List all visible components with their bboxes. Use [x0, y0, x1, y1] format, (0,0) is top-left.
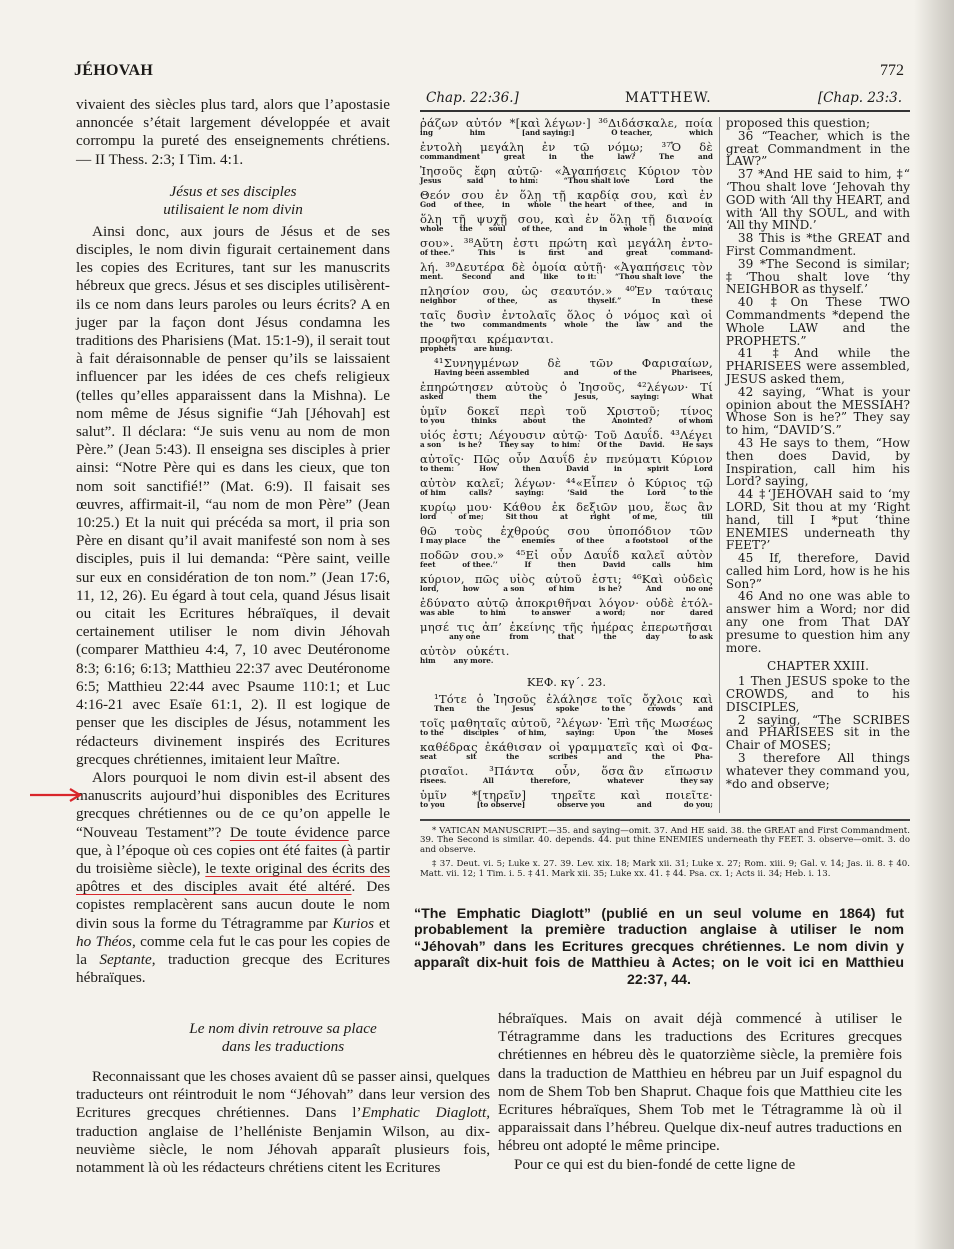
english-gloss: neighborof thee,asthyself.”Inthese	[420, 297, 713, 305]
subheading-line: Le nom divin retrouve sa place	[76, 1020, 490, 1038]
interlinear-line: ρισαῖοι.³Πάνταοὖν,ὅσα ἂνεἴπωσινrisees.Al…	[420, 765, 713, 785]
subheading-name-restored: Le nom divin retrouve sa place dans les …	[76, 1020, 490, 1056]
subheading-line: utilisaient le nom divin	[76, 201, 390, 219]
interlinear-line: πλησίονσου,ὡςσεαυτόν.»⁴⁰Ἐνταύταιςneighbo…	[420, 285, 713, 305]
paragraph-1: Ainsi donc, aux jours de Jésus et de ses…	[76, 223, 390, 769]
english-translation-column: proposed this question; 36 “Teacher, whi…	[720, 117, 910, 813]
greek-text: σου».³⁸Αὕτηἐστιπρώτηκαὶμεγάληἐντο-	[420, 237, 713, 249]
chapter-heading: CHAPTER XXIII.	[726, 660, 910, 673]
english-gloss: lord,howa sonof himis he?Andno one	[420, 585, 713, 593]
english-gloss: was ableto himto answera word;nordared	[420, 609, 713, 617]
english-gloss: Godof thee,inwholethe heartof thee,andin	[420, 201, 713, 209]
facsimile-head-center: MATTHEW.	[625, 90, 712, 106]
paragraph-5: Pour ce qui est du bien-fondé de cette l…	[498, 1156, 902, 1174]
italic-term: Kurios	[333, 915, 374, 932]
verse-36: 36 “Teacher, which is the great Commandm…	[726, 130, 910, 168]
footnote-vatican: * VATICAN MANUSCRIPT.—35. and saying—omi…	[420, 827, 910, 855]
left-column: vivaient des siècles plus tard, alors qu…	[76, 96, 390, 987]
verse-23-1: 1 Then JESUS spoke to the CROWDS, and to…	[726, 675, 910, 713]
figure-caption: “The Emphatic Diaglott” (publié en un se…	[414, 906, 904, 988]
interlinear-line: ὅλῃτῇψυχῇσου,καὶἐνὅλῃτῇδιανοίᾳwholetheso…	[420, 213, 713, 233]
english-gloss: of thee.”Thisisfirstandgreatcommand-	[420, 249, 713, 257]
english-gloss: ThentheJesusspoketo thecrowdsand	[420, 705, 713, 713]
english-gloss: thetwocommandmentswholethelawandthe	[420, 321, 713, 329]
english-gloss: of himcalls?saying:‘SaidtheLordto the	[420, 489, 713, 497]
english-gloss: risees.Alltherefore,whateverthey say	[420, 777, 713, 785]
verse-42: 42 saying, “What is your opinion about t…	[726, 386, 910, 437]
paragraph-intro: vivaient des siècles plus tard, alors qu…	[76, 96, 390, 169]
verse-text: proposed this question;	[726, 117, 910, 130]
verse-40: 40 ‡On These TWO Commandments *depend th…	[726, 296, 910, 347]
red-arrow-annotation-icon	[30, 788, 84, 802]
english-gloss: I may placetheenemiesof theea footstoolo…	[420, 537, 713, 545]
interlinear-line: θῶτοὺςἐχθρούςσουὑποπόδιοντῶνI may placet…	[420, 525, 713, 545]
facsimile-header: Chap. 22:36.] MATTHEW. [Chap. 23:3.	[420, 90, 910, 112]
facsimile-head-left: Chap. 22:36.]	[426, 90, 519, 106]
english-gloss: prophetsare hung.	[420, 345, 713, 353]
verse-39: 39 *The Second is similar; ‡‘Thou shalt …	[726, 258, 910, 296]
greek-lines-ch23: ¹ΤότεὁἸησοῦςἐλάλησετοῖςὄχλοιςκαὶThentheJ…	[420, 693, 713, 809]
english-gloss: commandmentgreatinthelaw?Theand	[420, 153, 713, 161]
interlinear-line: κυρίῳμου·Κάθουἐκδεξιῶνμου,ἕωςἂνlordof me…	[420, 501, 713, 521]
subheading-jesus-disciples: Jésus et ses disciples utilisaient le no…	[76, 183, 390, 219]
english-gloss: to youthinksabouttheAnointed?of whom	[420, 417, 713, 425]
verse-43: 43 He says to them, “How then does David…	[726, 437, 910, 488]
verse-44: 44 ‡‘JEHOVAH said to ‘my LORD, Sit thou …	[726, 488, 910, 552]
underlined-phrase: De toute évidence	[230, 824, 349, 841]
interlinear-line: τοῖςμαθηταῖςαὐτοῦ,²λέγων·ἘπὶτῆςΜωσέωςto …	[420, 717, 713, 737]
english-gloss: to you[to observe]observe youanddo you;	[420, 801, 713, 809]
interlinear-line: ἐντολὴμεγάληἐντῷνόμῳ;³⁷Ὁδὲcommandmentgre…	[420, 141, 713, 161]
interlinear-line: αὐτὸνοὐκέτι.himany more.	[420, 645, 713, 665]
english-gloss: Having been assembledandof thePharisees,	[420, 369, 713, 377]
interlinear-line: ὑμῖνδοκεῖπερὶτοῦΧριστοῦ;τίνοςto youthink…	[420, 405, 713, 425]
interlinear-line: αὐτὸνκαλεῖ;λέγων·⁴⁴«ΕἶπενὁΚύριοςτῷof him…	[420, 477, 713, 497]
footnote-references: ‡ 37. Deut. vi. 5; Luke x. 27. 39. Lev. …	[420, 860, 910, 879]
english-gloss: feetof thee.’’IfthenDavidcallshim	[420, 561, 713, 569]
interlinear-line: ταῖςδυσὶνἐντολαῖςὅλοςὁνόμοςκαὶοἱthetwoco…	[420, 309, 713, 329]
subheading-line: Jésus et ses disciples	[76, 183, 390, 201]
bottom-right-column: hébraïques. Mais on avait déjà commencé …	[498, 1010, 902, 1174]
verse-37: 37 *And HE said to him, ‡“ ‘Thou shalt l…	[726, 168, 910, 232]
page-edge-shadow	[914, 0, 954, 1249]
interlinear-line: ὑμῖν*[τηρεῖν]τηρεῖτεκαὶποιεῖτε·to you[to…	[420, 789, 713, 809]
interlinear-line: αὐτοῖς·ΠῶςοὖνΔαυΐδἐνπνεύματιΚύριονto the…	[420, 453, 713, 473]
interlinear-line: ἐδύνατοαὐτῷἀποκριθῆναιλόγον·οὐδὲἐτόλ-was…	[420, 597, 713, 617]
paragraph-2: Alors pourquoi le nom divin est-il absen…	[76, 769, 390, 987]
greek-text: πλησίονσου,ὡςσεαυτόν.»⁴⁰Ἐνταύταις	[420, 285, 713, 297]
italic-term: Septante	[99, 951, 151, 968]
english-gloss: seatsitthescribesandthePha-	[420, 753, 713, 761]
interlinear-line: ⁴¹ΣυνηγμένωνδὲτῶνΦαρισαίων,Having been a…	[420, 357, 713, 377]
interlinear-line: ¹ΤότεὁἸησοῦςἐλάλησετοῖςὄχλοιςκαὶThentheJ…	[420, 693, 713, 713]
interlinear-line: ποδῶνσου.»⁴⁵ΕἰοὖνΔαυΐδκαλεῖαὐτὸνfeetof t…	[420, 549, 713, 569]
english-gloss: himany more.	[420, 657, 713, 665]
verse-41: 41 ‡And while the PHARISEES were assembl…	[726, 347, 910, 385]
interlinear-line: ῥάζωναὐτόν*[καὶ λέγων·]³⁶Διδάσκαλε,ποίαi…	[420, 117, 713, 137]
paragraph-3: Reconnaissant que les choses avaient dû …	[76, 1068, 490, 1177]
bottom-left-column: Le nom divin retrouve sa place dans les …	[76, 1020, 490, 1177]
english-gloss: askedthemtheJesus,saying:What	[420, 393, 713, 401]
interlinear-line: λή.³⁹Δευτέραδὲὁμοίααὐτῇ·«Ἀγαπήσειςτὸνmen…	[420, 261, 713, 281]
greek-text: προφῆταικρέμανται.	[420, 333, 713, 345]
interlinear-line: υἱόςἐστι;Λέγουσιναὐτῷ·ΤοῦΔαυΐδ.⁴³Λέγειa …	[420, 429, 713, 449]
diaglott-facsimile: Chap. 22:36.] MATTHEW. [Chap. 23:3. ῥάζω…	[420, 90, 910, 895]
greek-lines-ch22: ῥάζωναὐτόν*[καὶ λέγων·]³⁶Διδάσκαλε,ποίαi…	[420, 117, 713, 665]
english-gloss: any onefromthatthedayto ask	[420, 633, 713, 641]
interlinear-line: σου».³⁸Αὕτηἐστιπρώτηκαὶμεγάληἐντο-of the…	[420, 237, 713, 257]
subheading-line: dans les traductions	[76, 1038, 490, 1056]
verse-45: 45 If, therefore, David called him Lord,…	[726, 552, 910, 590]
greek-text: ὑμῖνδοκεῖπερὶτοῦΧριστοῦ;τίνος	[420, 405, 713, 417]
english-gloss: to them:HowthenDavidinspiritLord	[420, 465, 713, 473]
italic-term: ho Théos	[76, 933, 132, 950]
verse-38: 38 This is *the GREAT and First Commandm…	[726, 232, 910, 258]
interlinear-line: μησέτιςἀπ’ἐκείνηςτῆςἡμέραςἐπερωτῆσαιany …	[420, 621, 713, 641]
facsimile-body: ῥάζωναὐτόν*[καὶ λέγων·]³⁶Διδάσκαλε,ποίαi…	[420, 117, 910, 813]
page-number: 772	[880, 62, 904, 80]
english-gloss: wholethesoulof thee,andinwholethemind	[420, 225, 713, 233]
interlinear-line: Θεόνσουἐνὅλῃτῇκαρδίᾳσου,καὶἐνGodof thee,…	[420, 189, 713, 209]
running-head: JÉHOVAH	[74, 62, 153, 80]
italic-title: Emphatic Diaglott,	[362, 1104, 490, 1121]
facsimile-footnotes: * VATICAN MANUSCRIPT.—35. and saying—omi…	[420, 819, 910, 879]
verse-46: 46 And no one was able to answer him a W…	[726, 590, 910, 654]
interlinear-line: κύριον,πῶςυἱὸςαὐτοῦἐστι;⁴⁶Καὶοὐδεὶςlord,…	[420, 573, 713, 593]
english-gloss: lordof me;Sit thouatrightof me,till	[420, 513, 713, 521]
text-run: traduction anglaise de l’helléniste Benj…	[76, 1123, 490, 1176]
english-gloss: to thedisciplesof him,saying:UpontheMose…	[420, 729, 713, 737]
facsimile-head-right: [Chap. 23:3.	[818, 90, 902, 106]
text-run: et	[374, 915, 390, 932]
greek-chapter-heading: ΚΕΦ. κγ΄. 23.	[420, 675, 713, 689]
verse-23-3: 3 therefore All things whatever they com…	[726, 752, 910, 790]
english-gloss: Jesussaidto him:“Thou shalt loveLordthe	[420, 177, 713, 185]
interlinear-line: καθέδραςἐκάθισανοἱγραμματεῖςκαὶοἱΦα-seat…	[420, 741, 713, 761]
greek-text: ἐπηρώτησεναὐτοὺςὁἸησοῦς,⁴²λέγων·Τί	[420, 381, 713, 393]
verse-23-2: 2 saying, “The SCRIBES and PHARISEES sit…	[726, 714, 910, 752]
interlinear-line: προφῆταικρέμανται.prophetsare hung.	[420, 333, 713, 353]
english-gloss: inghim[and saying:]O teacher,which	[420, 129, 713, 137]
paragraph-4: hébraïques. Mais on avait déjà commencé …	[498, 1010, 902, 1156]
interlinear-line: Ἰησοῦςἔφηαὐτῷ·«ἈγαπήσειςΚύριοντὸνJesussa…	[420, 165, 713, 185]
greek-interlinear-column: ῥάζωναὐτόν*[καὶ λέγων·]³⁶Διδάσκαλε,ποίαi…	[420, 117, 720, 813]
interlinear-line: ἐπηρώτησεναὐτοὺςὁἸησοῦς,⁴²λέγων·Τίaskedt…	[420, 381, 713, 401]
english-gloss: a sonis he?They sayto him:Of theDavid.He…	[420, 441, 713, 449]
english-gloss: ment.Secondandliketo it:“Thou shalt love…	[420, 273, 713, 281]
